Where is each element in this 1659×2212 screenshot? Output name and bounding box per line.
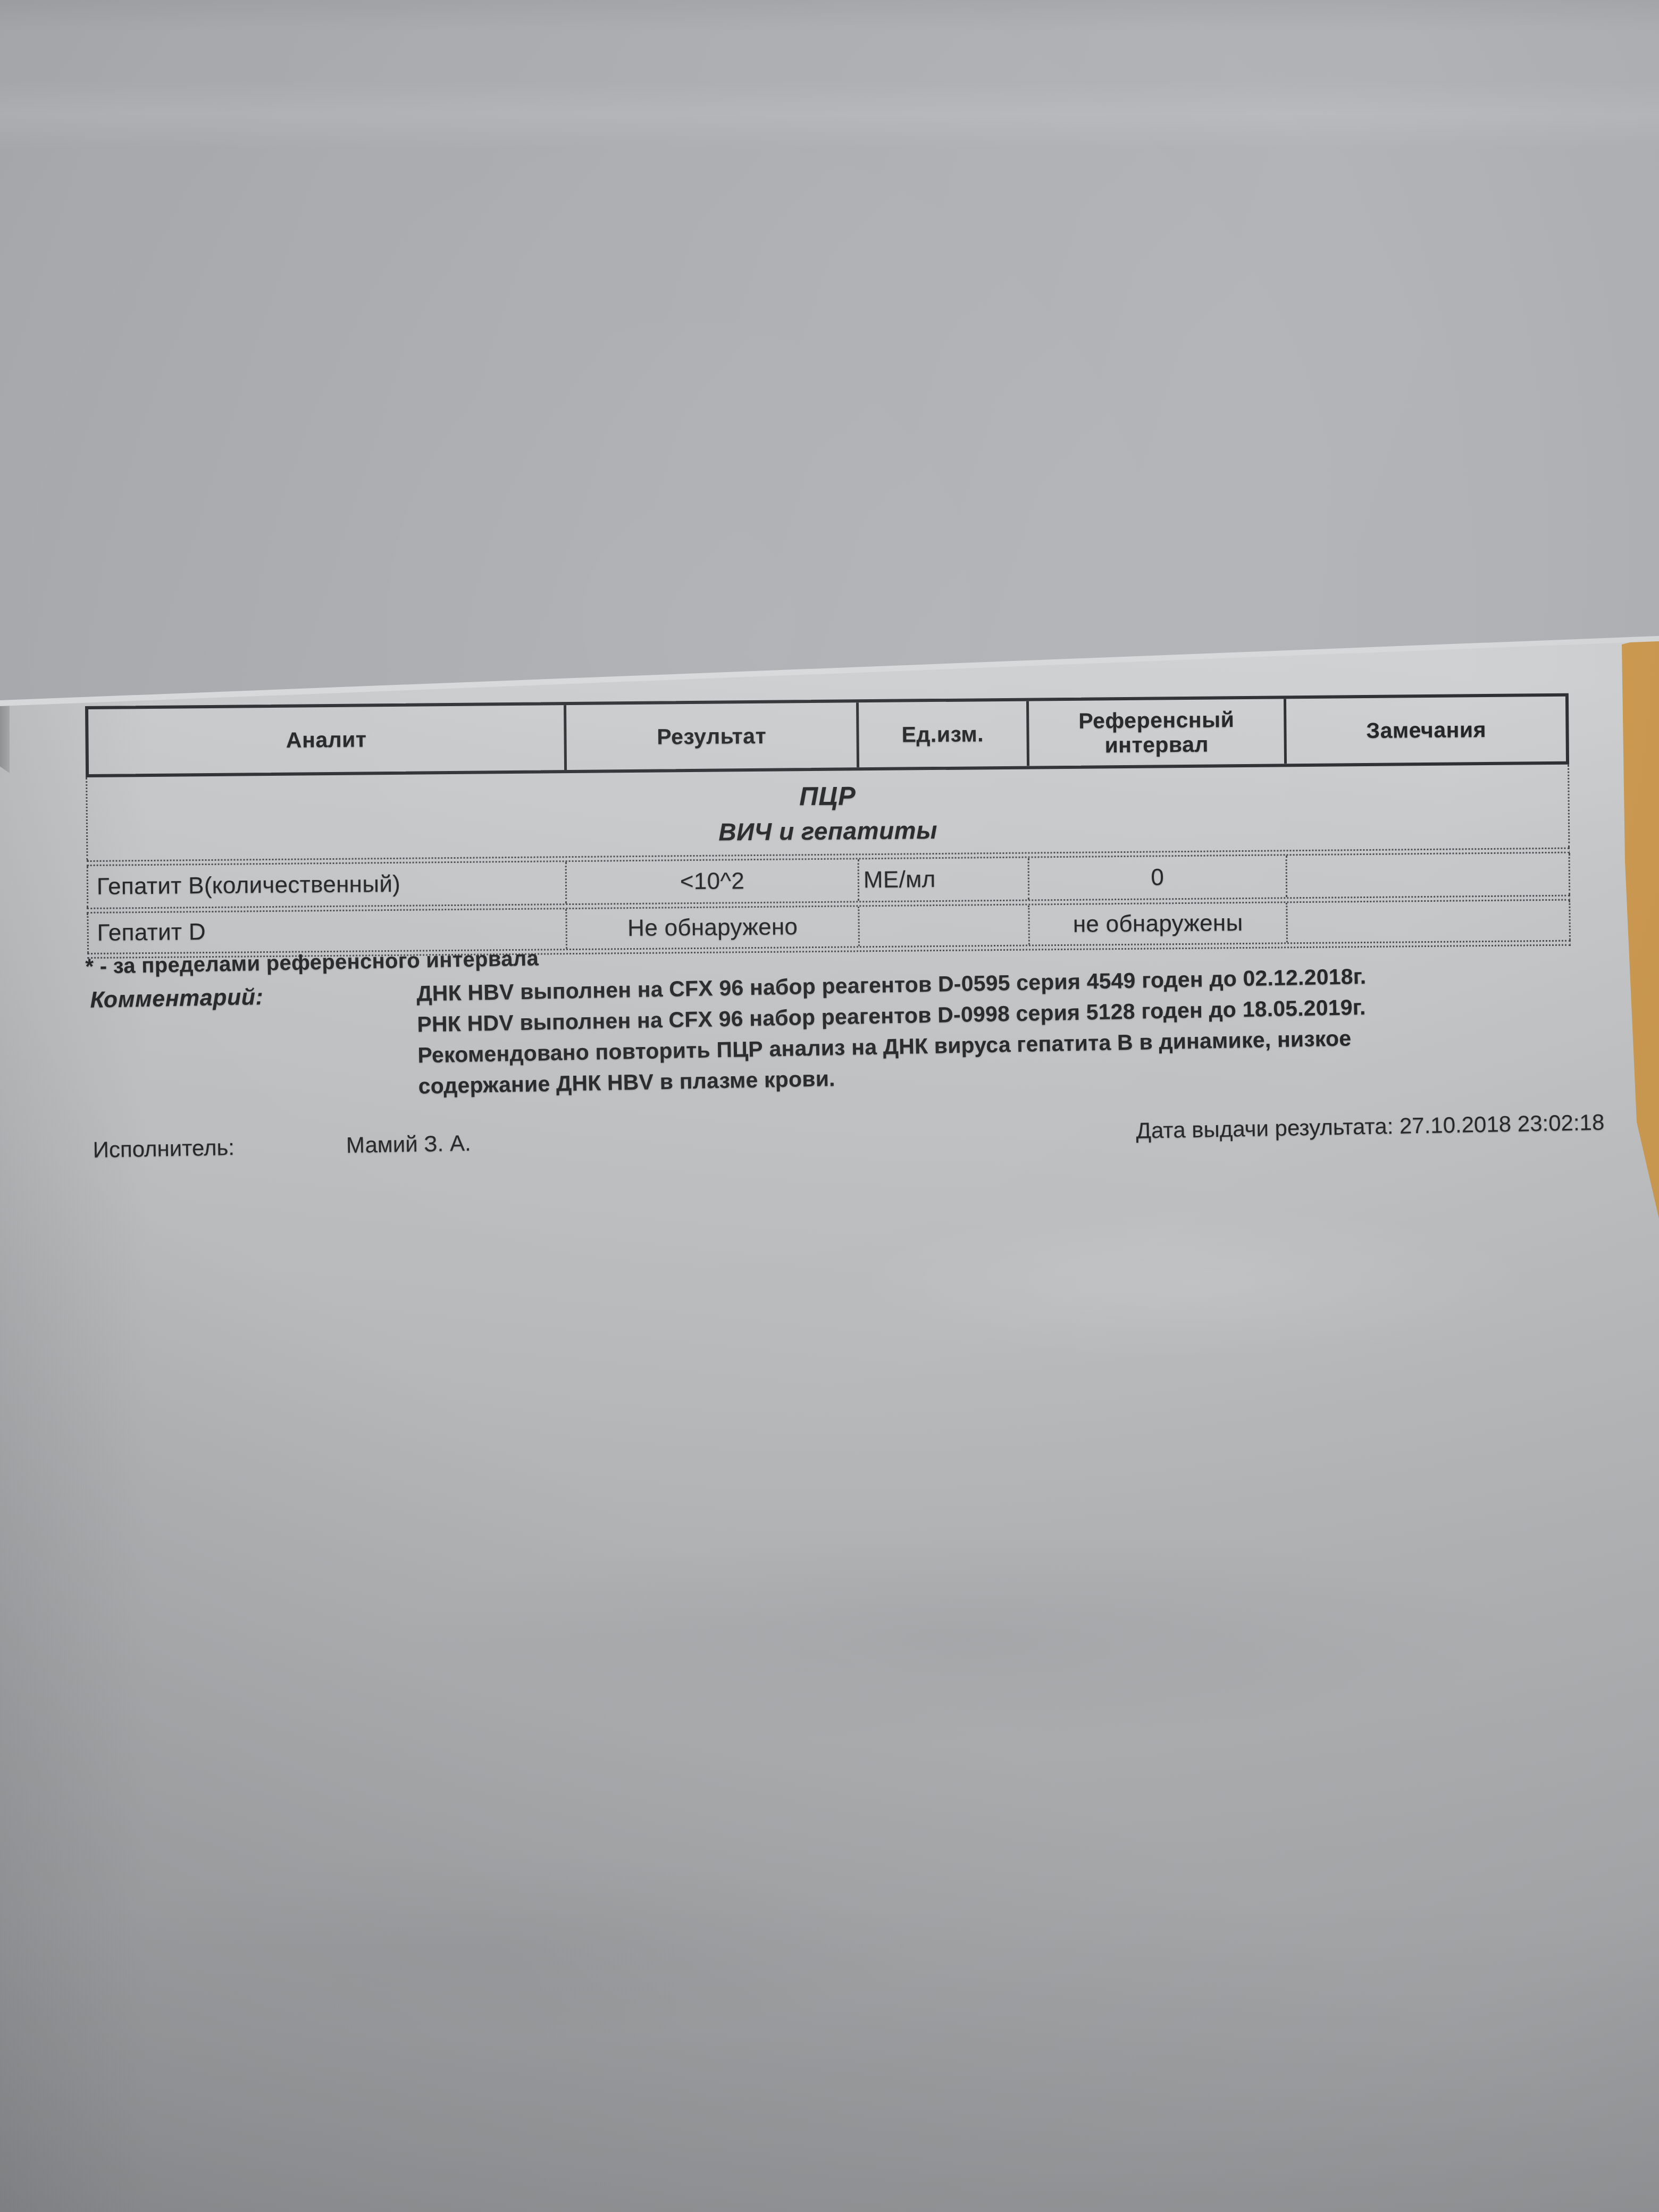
comment-block: Комментарий: ДНК HBV выполнен на CFX 96 … [86,957,1606,1108]
header-reference-interval-label: Референсный интервал [1069,707,1245,758]
table-header-row: Аналит Результат Ед.изм. Референсный инт… [85,693,1569,777]
cell-result: <10^2 [567,859,860,903]
cell-unit: МЕ/мл [859,858,1030,901]
comment-lines: ДНК HBV выполнен на CFX 96 набор реагент… [416,957,1606,1102]
executor-label: Исполнитель: [88,1135,234,1163]
executor-name: Мамий З. А. [346,1130,472,1158]
header-analyte: Аналит [88,705,567,774]
header-result: Результат [566,702,859,770]
lab-results-table: Аналит Результат Ед.изм. Референсный инт… [85,693,1571,959]
header-reference-interval: Референсный интервал [1029,699,1287,766]
report-footer-text: * - за пределами референсного интервала … [85,927,1607,1163]
cell-reference: 0 [1029,856,1288,899]
header-unit: Ед.изм. [859,701,1029,768]
cell-analyte: Гепатит D [88,909,567,953]
table-section-titles: ПЦР ВИЧ и гепатиты [86,765,1570,860]
photo-of-lab-report: Аналит Результат Ед.изм. Референсный инт… [0,0,1659,2212]
cell-analyte: Гепатит В(количественный) [88,862,567,908]
cell-remarks [1287,853,1567,898]
lab-results-section: Аналит Результат Ед.изм. Референсный инт… [85,693,1571,959]
comment-label: Комментарий: [86,978,417,1013]
header-remarks: Замечания [1286,697,1566,764]
